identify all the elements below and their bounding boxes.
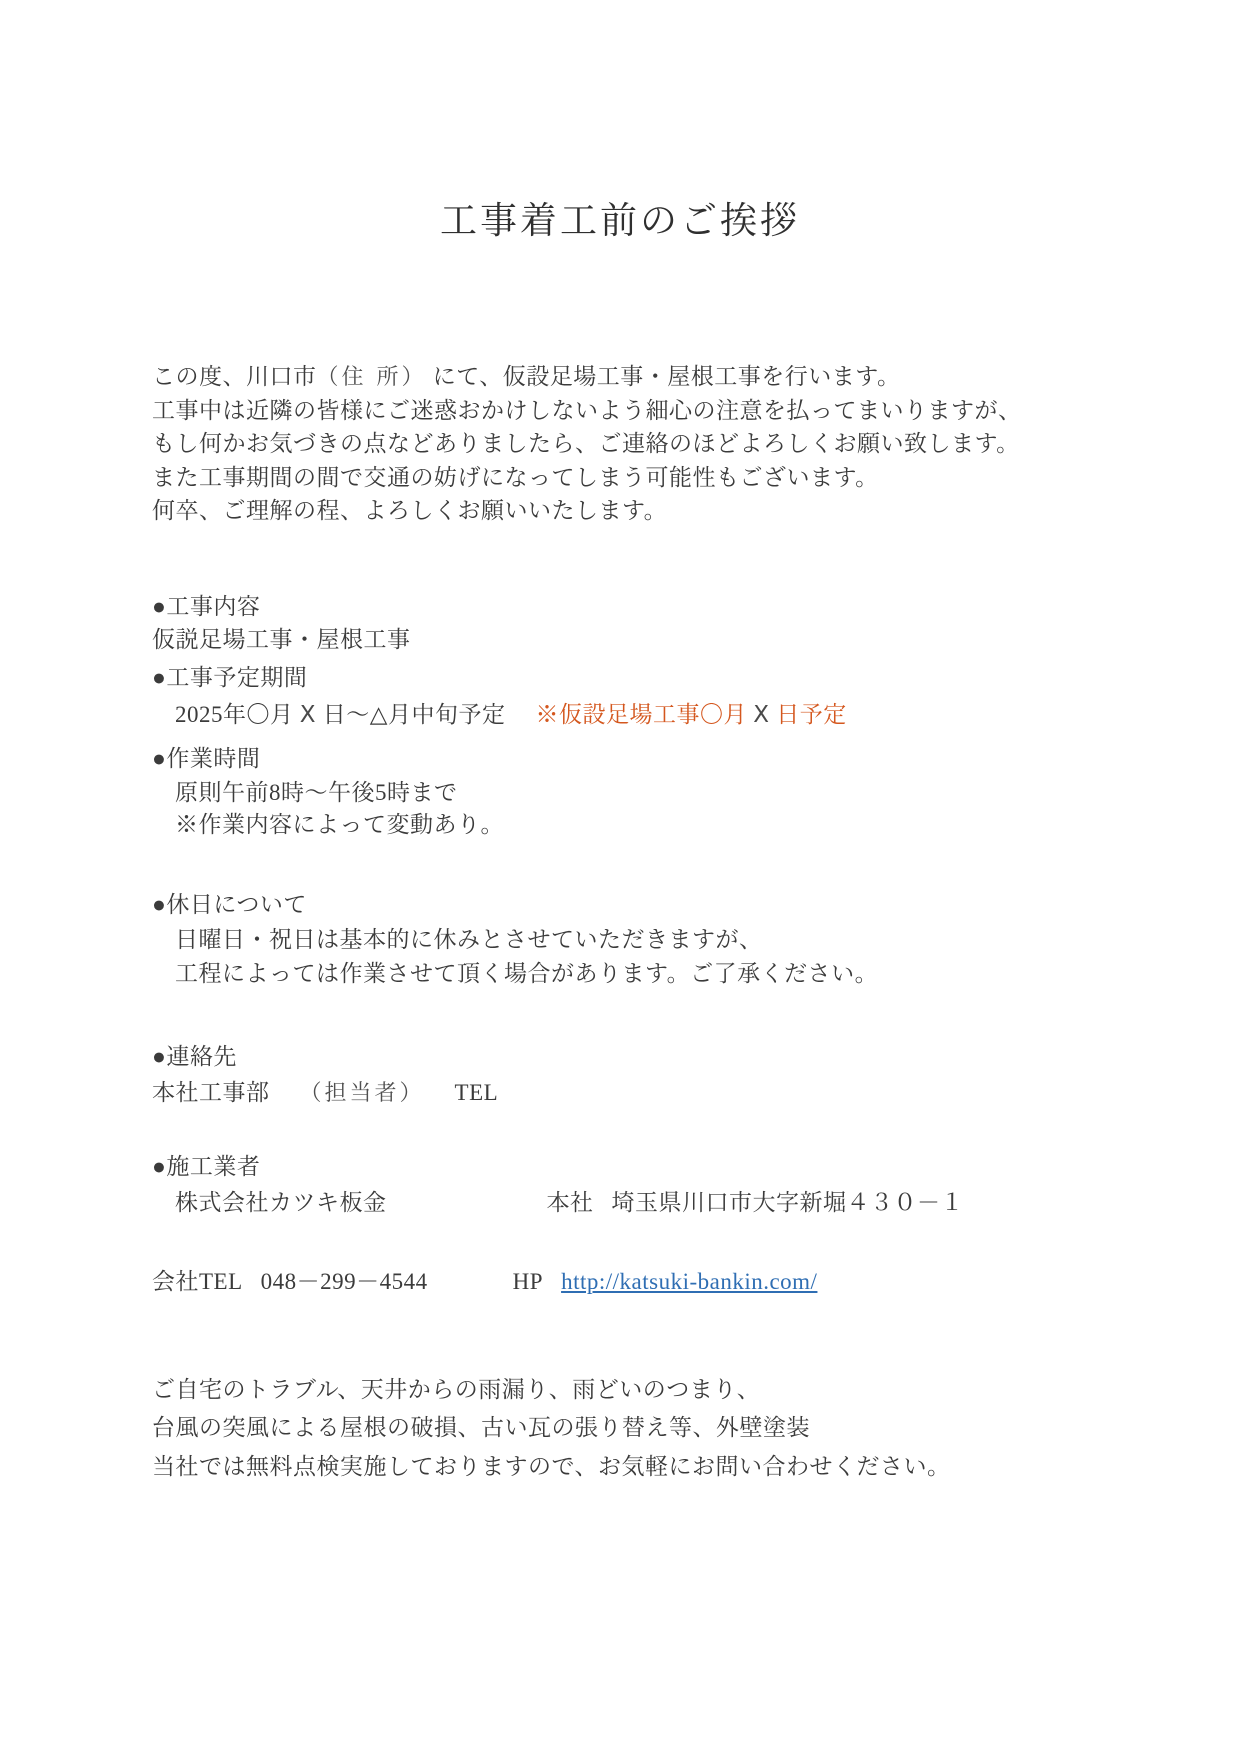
schedule-note-orange: ※仮設足場工事〇月 <box>535 702 747 727</box>
intro-line-5: 何卒、ご理解の程、よろしくお願いいたします。 <box>152 492 667 525</box>
intro-line-3: もし何かお気づきの点などありましたら、ご連絡のほどよろしくお願い致します。 <box>152 425 1020 458</box>
work-hours-line-1: 原則午前8時～午後5時まで <box>175 774 458 807</box>
work-content-body: 仮説足場工事・屋根工事 <box>152 621 411 654</box>
work-hours-line-2: ※作業内容によって変動あり。 <box>175 806 504 839</box>
company-tel-number: 048－299－4544 <box>261 1269 428 1294</box>
intro-line-1-text: この度、川口市 <box>152 364 317 389</box>
intro-line-1: この度、川口市（住 所） にて、仮設足場工事・屋根工事を行います。 <box>152 358 900 391</box>
contractor-office-label: 本社 <box>547 1190 594 1215</box>
schedule-line: 2025年〇月 X 日～△月中旬予定※仮設足場工事〇月 X 日予定 <box>175 696 847 729</box>
schedule-note-orange-tail: 日予定 <box>776 702 847 727</box>
contractor-line: 株式会社カツキ板金本社埼玉県川口市大字新堀４３０－１ <box>175 1184 964 1217</box>
holidays-line-2: 工程によっては作業させて頂く場合があります。ご了承ください。 <box>175 955 878 988</box>
footer-line-3: 当社では無料点検実施しておりますので、お気軽にお問い合わせください。 <box>152 1448 951 1481</box>
intro-line-4: また工事期間の間で交通の妨げになってしまう可能性もございます。 <box>152 459 879 492</box>
company-tel-line: 会社TEL048－299－4544HPhttp://katsuki-bankin… <box>152 1263 817 1296</box>
contact-tel-label: TEL <box>455 1080 499 1105</box>
intro-line-2: 工事中は近隣の皆様にご迷惑おかけしないよう細心の注意を払ってまいりますが、 <box>152 392 1022 425</box>
handwritten-note-x: X <box>753 702 770 728</box>
document-title: 工事着工前のご挨拶 <box>440 190 800 244</box>
section-heading-work-content: ●工事内容 <box>152 588 260 621</box>
footer-line-1: ご自宅のトラブル、天井からの雨漏り、雨どいのつまり、 <box>152 1371 760 1404</box>
handwritten-day-x: X <box>300 702 317 728</box>
intro-line-1-tail: にて、仮設足場工事・屋根工事を行います。 <box>427 364 901 389</box>
website-link[interactable]: http://katsuki-bankin.com/ <box>561 1269 817 1294</box>
schedule-period: 2025年〇月 <box>175 702 294 727</box>
contractor-company: 株式会社カツキ板金 <box>175 1190 387 1215</box>
section-heading-work-hours: ●作業時間 <box>152 740 260 773</box>
footer-line-2: 台風の突風による屋根の破損、古い瓦の張り替え等、外壁塗装 <box>152 1409 810 1442</box>
holidays-line-1: 日曜日・祝日は基本的に休みとさせていただきますが、 <box>175 921 763 954</box>
handwritten-address-placeholder: （住 所） <box>317 365 427 390</box>
schedule-period-tail: 日～△月中旬予定 <box>323 702 506 727</box>
company-tel-label: 会社TEL <box>152 1269 243 1294</box>
contact-dept: 本社工事部 <box>152 1080 270 1105</box>
document-page: 工事着工前のご挨拶 この度、川口市（住 所） にて、仮設足場工事・屋根工事を行い… <box>0 0 1240 1755</box>
contact-line: 本社工事部（担当者）TEL <box>152 1074 498 1107</box>
hp-label: HP <box>513 1269 543 1294</box>
section-heading-holidays: ●休日について <box>152 886 307 919</box>
section-heading-schedule: ●工事予定期間 <box>152 659 307 692</box>
section-heading-contact: ●連絡先 <box>152 1038 237 1071</box>
contractor-address: 埼玉県川口市大字新堀４３０－１ <box>612 1190 965 1215</box>
section-heading-contractor: ●施工業者 <box>152 1148 260 1181</box>
handwritten-person-placeholder: （担当者） <box>300 1081 425 1106</box>
